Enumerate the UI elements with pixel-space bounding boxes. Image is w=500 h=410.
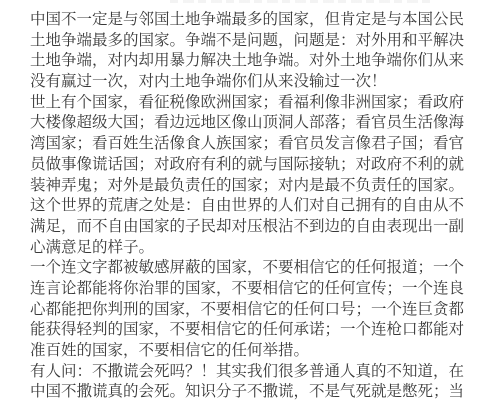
text-line: 能获得轻判的国家，不要相信它的任何承诺；一个连枪口都能对 (30, 320, 472, 341)
text-line: 一个连文字都被敏感屏蔽的国家，不要相信它的任何报道；一个 (30, 258, 472, 279)
text-line: 员做事像谎话国；对政府有利的就与国际接轨；对政府不利的就 (30, 155, 472, 176)
text-line: 这个世界的荒唐之处是：自由世界的人们对自己拥有的自由从不 (30, 196, 472, 217)
article-page: 中国不一定是与邻国土地争端最多的国家，但肯定是与本国公民土地争端最多的国家。争端… (0, 0, 500, 410)
text-line: 土地争端，对内却用暴力解决土地争端。对外土地争端你们从来 (30, 51, 472, 72)
text-line: 没有赢过一次，对内土地争端你们从来没输过一次！ (30, 72, 472, 93)
text-line: 中国不撒谎真的会死。知识分子不撒谎，不是气死就是憋死；当 (30, 382, 472, 403)
clipped-text-top-edge (170, 0, 430, 3)
text-line: 中国不一定是与邻国土地争端最多的国家，但肯定是与本国公民 (30, 10, 472, 31)
text-line: 心满意足的样子。 (30, 238, 472, 259)
text-line: 大楼像超级大国；看边远地区像山顶洞人部落；看官员生活像海 (30, 113, 472, 134)
text-line: 装神弄鬼；对外是最负责任的国家；对内是最不负责任的国家。 (30, 176, 472, 197)
text-line: 满足，而不自由国家的子民却对压根沾不到边的自由表现出一副 (30, 217, 472, 238)
text-line: 准百姓的国家，不要相信它的任何举措。 (30, 341, 472, 362)
text-line: 湾国家；看百姓生活像食人族国家；看官员发言像君子国；看官 (30, 134, 472, 155)
article-text-block: 中国不一定是与邻国土地争端最多的国家，但肯定是与本国公民土地争端最多的国家。争端… (30, 10, 472, 403)
text-line: 土地争端最多的国家。争端不是问题，问题是：对外用和平解决 (30, 31, 472, 52)
text-line: 心都能把你判刑的国家，不要相信它的任何口号；一个连巨贪都 (30, 300, 472, 321)
text-line: 世上有个国家，看征税像欧洲国家；看福利像非洲国家；看政府 (30, 93, 472, 114)
text-line: 连言论都能将你治罪的国家，不要相信它的任何宣传；一个连良 (30, 279, 472, 300)
text-line: 有人问：不撒谎会死吗？！其实我们很多普通人真的不知道，在 (30, 362, 472, 383)
